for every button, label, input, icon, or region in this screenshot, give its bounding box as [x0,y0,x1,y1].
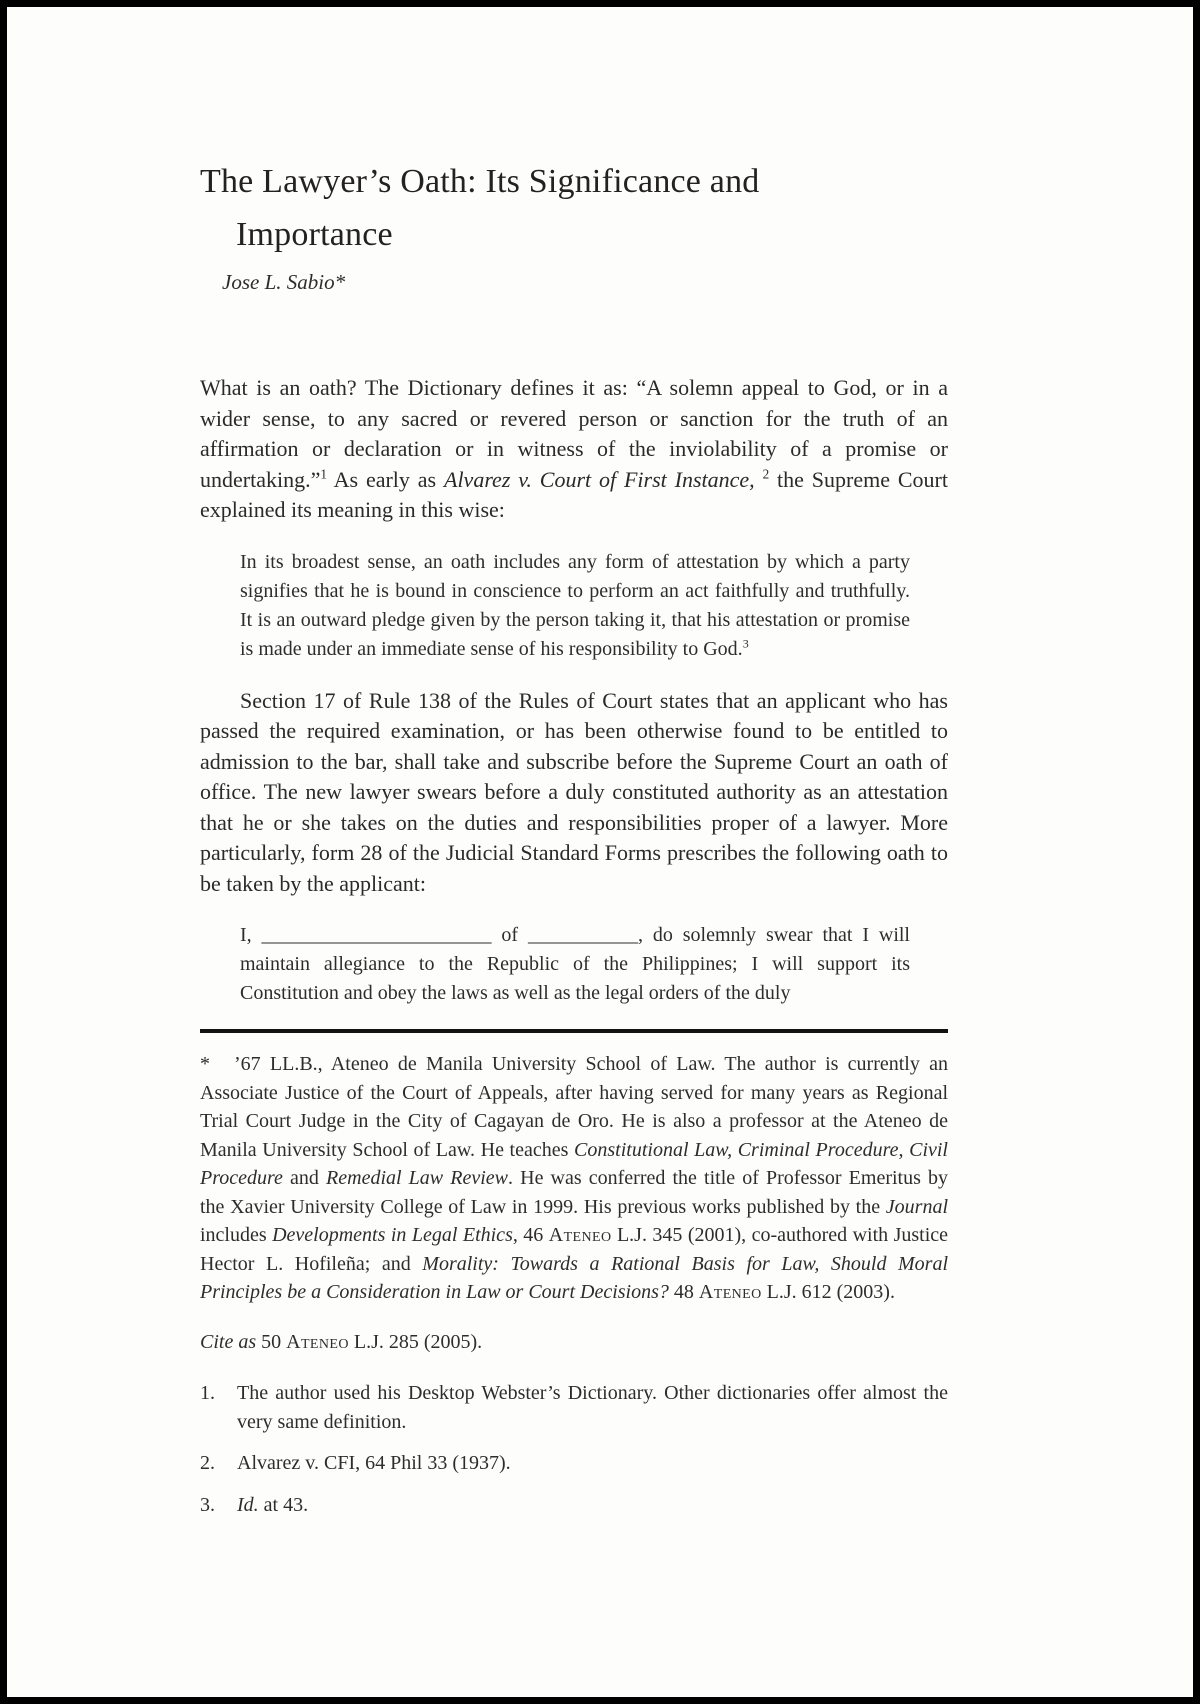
text-segment: Alvarez v. CFI, 64 Phil 33 (1937). [237,1452,511,1474]
text-segment: In its broadest sense, an oath includes … [240,551,910,660]
text-segment: Remedial Law Review [326,1167,508,1189]
text-segment: 1 [320,466,327,481]
text-segment: Id. [237,1494,259,1516]
document-page: The Lawyer’s Oath: Its Significance and … [7,7,1193,1697]
text-segment: Alvarez v. Court of First Instance, [444,467,755,492]
text-segment: at 43. [259,1494,308,1516]
text-segment: Developments in Legal Ethics [272,1224,513,1246]
text-segment: L.J. 612 (2003). [762,1281,895,1303]
blockquote-oath-form: I, _______________________ of __________… [240,921,910,1008]
text-segment: As early as [327,467,444,492]
text-segment: and [283,1167,326,1189]
text-segment: L.J. 285 (2005). [349,1331,482,1353]
footnote-item-2: 2. Alvarez v. CFI, 64 Phil 33 (1937). [200,1449,948,1478]
article-title-line1: The Lawyer’s Oath: Its Significance and [200,155,960,208]
text-segment: 48 [669,1281,699,1303]
footnote-author-bio-text: ’67 LL.B., Ateneo de Manila University S… [200,1053,948,1303]
text-segment: Ateneo [549,1224,612,1246]
blockquote-oath-broadest-sense: In its broadest sense, an oath includes … [240,548,910,664]
footnote-separator-rule [200,1029,948,1033]
footnote-text: Alvarez v. CFI, 64 Phil 33 (1937). [237,1449,948,1478]
footnote-star-marker: * [200,1053,210,1075]
text-segment: , 46 [513,1224,549,1246]
author-byline: Jose L. Sabio* [200,270,960,295]
citation-line: Cite as 50 Ateneo L.J. 285 (2005). [200,1328,948,1357]
text-segment: Cite as [200,1331,256,1353]
text-segment [755,467,763,492]
footnote-section: *’67 LL.B., Ateneo de Manila University … [200,1029,948,1532]
footnote-author-bio: *’67 LL.B., Ateneo de Manila University … [200,1050,948,1307]
text-segment: The author used his Desktop Webster’s Di… [237,1382,948,1433]
footnote-text: Id. at 43. [237,1491,948,1520]
text-segment: Ateneo [286,1331,349,1353]
title-block: The Lawyer’s Oath: Its Significance and … [200,155,960,295]
article-title-line2: Importance [200,208,960,261]
text-segment: 3 [743,636,749,650]
footnote-text: The author used his Desktop Webster’s Di… [237,1379,948,1436]
text-segment: Journal [886,1196,948,1218]
paragraph-oath-definition: What is an oath? The Dictionary defines … [200,373,948,526]
paragraph-section17-rule138: Section 17 of Rule 138 of the Rules of C… [200,686,948,900]
footnote-item-1: 1. The author used his Desktop Webster’s… [200,1379,948,1436]
footnote-number: 2. [200,1449,237,1478]
footnote-item-3: 3. Id. at 43. [200,1491,948,1520]
scanned-document-page: { "header": { "title_line1": "The Lawyer… [0,0,1200,1704]
article-body: What is an oath? The Dictionary defines … [200,351,948,1008]
footnote-number: 3. [200,1491,237,1520]
text-segment: 50 [256,1331,286,1353]
article-title: The Lawyer’s Oath: Its Significance and … [200,155,960,261]
text-segment: includes [200,1224,272,1246]
text-segment: Ateneo [699,1281,762,1303]
footnote-number: 1. [200,1379,237,1436]
